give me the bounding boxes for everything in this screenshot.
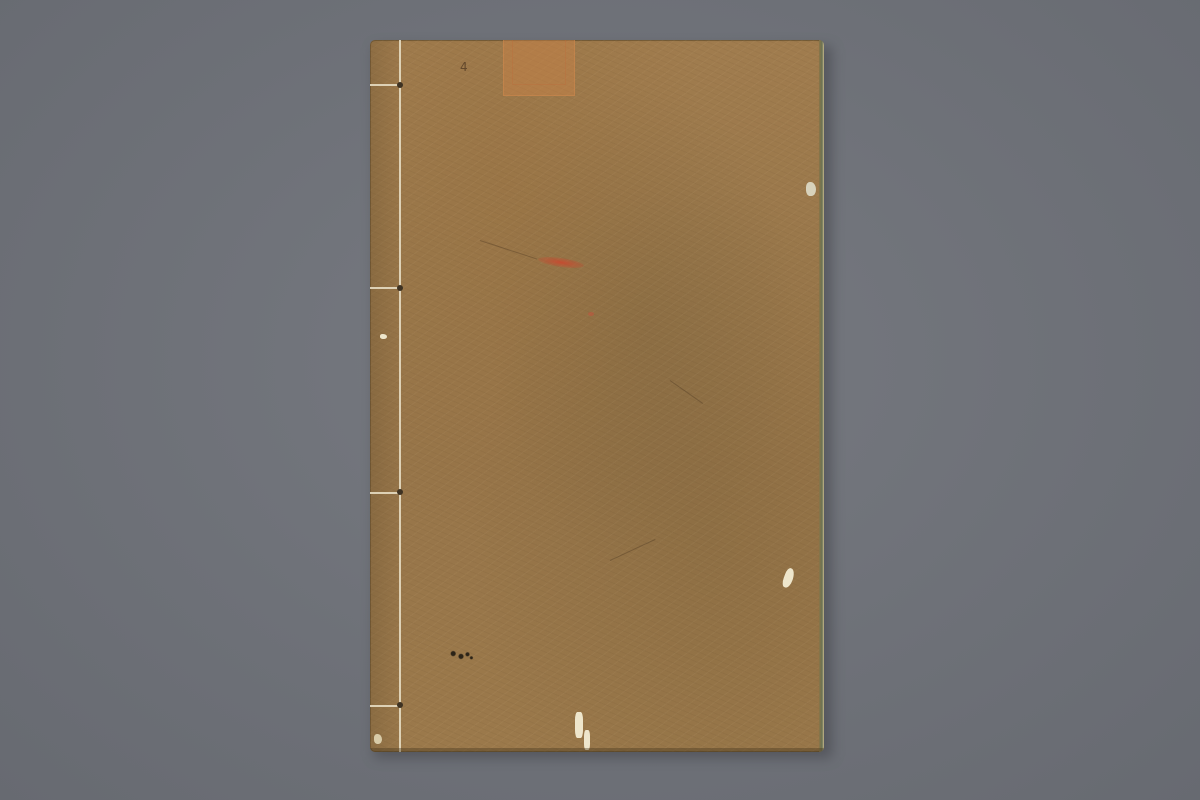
red-ink-dot (588, 312, 594, 316)
ink-spot (448, 648, 474, 662)
spine-chip (380, 334, 387, 339)
torn-edge-damage (806, 182, 816, 196)
binding-thread (399, 40, 401, 752)
corner-wear (374, 734, 382, 744)
book-cover: 4 (370, 40, 824, 752)
stamp-inner-border (512, 40, 566, 85)
bottom-tear (584, 730, 590, 750)
title-label-stamp (503, 40, 575, 96)
paper-texture (370, 40, 824, 752)
bottom-edge (370, 748, 824, 752)
stitch-hole (397, 489, 403, 495)
stitch-hole (397, 702, 403, 708)
pen-mark: 4 (460, 60, 468, 74)
page-block-edge (819, 40, 824, 752)
stitch-hole (397, 285, 403, 291)
stitch-hole (397, 82, 403, 88)
bottom-tear (575, 712, 583, 738)
